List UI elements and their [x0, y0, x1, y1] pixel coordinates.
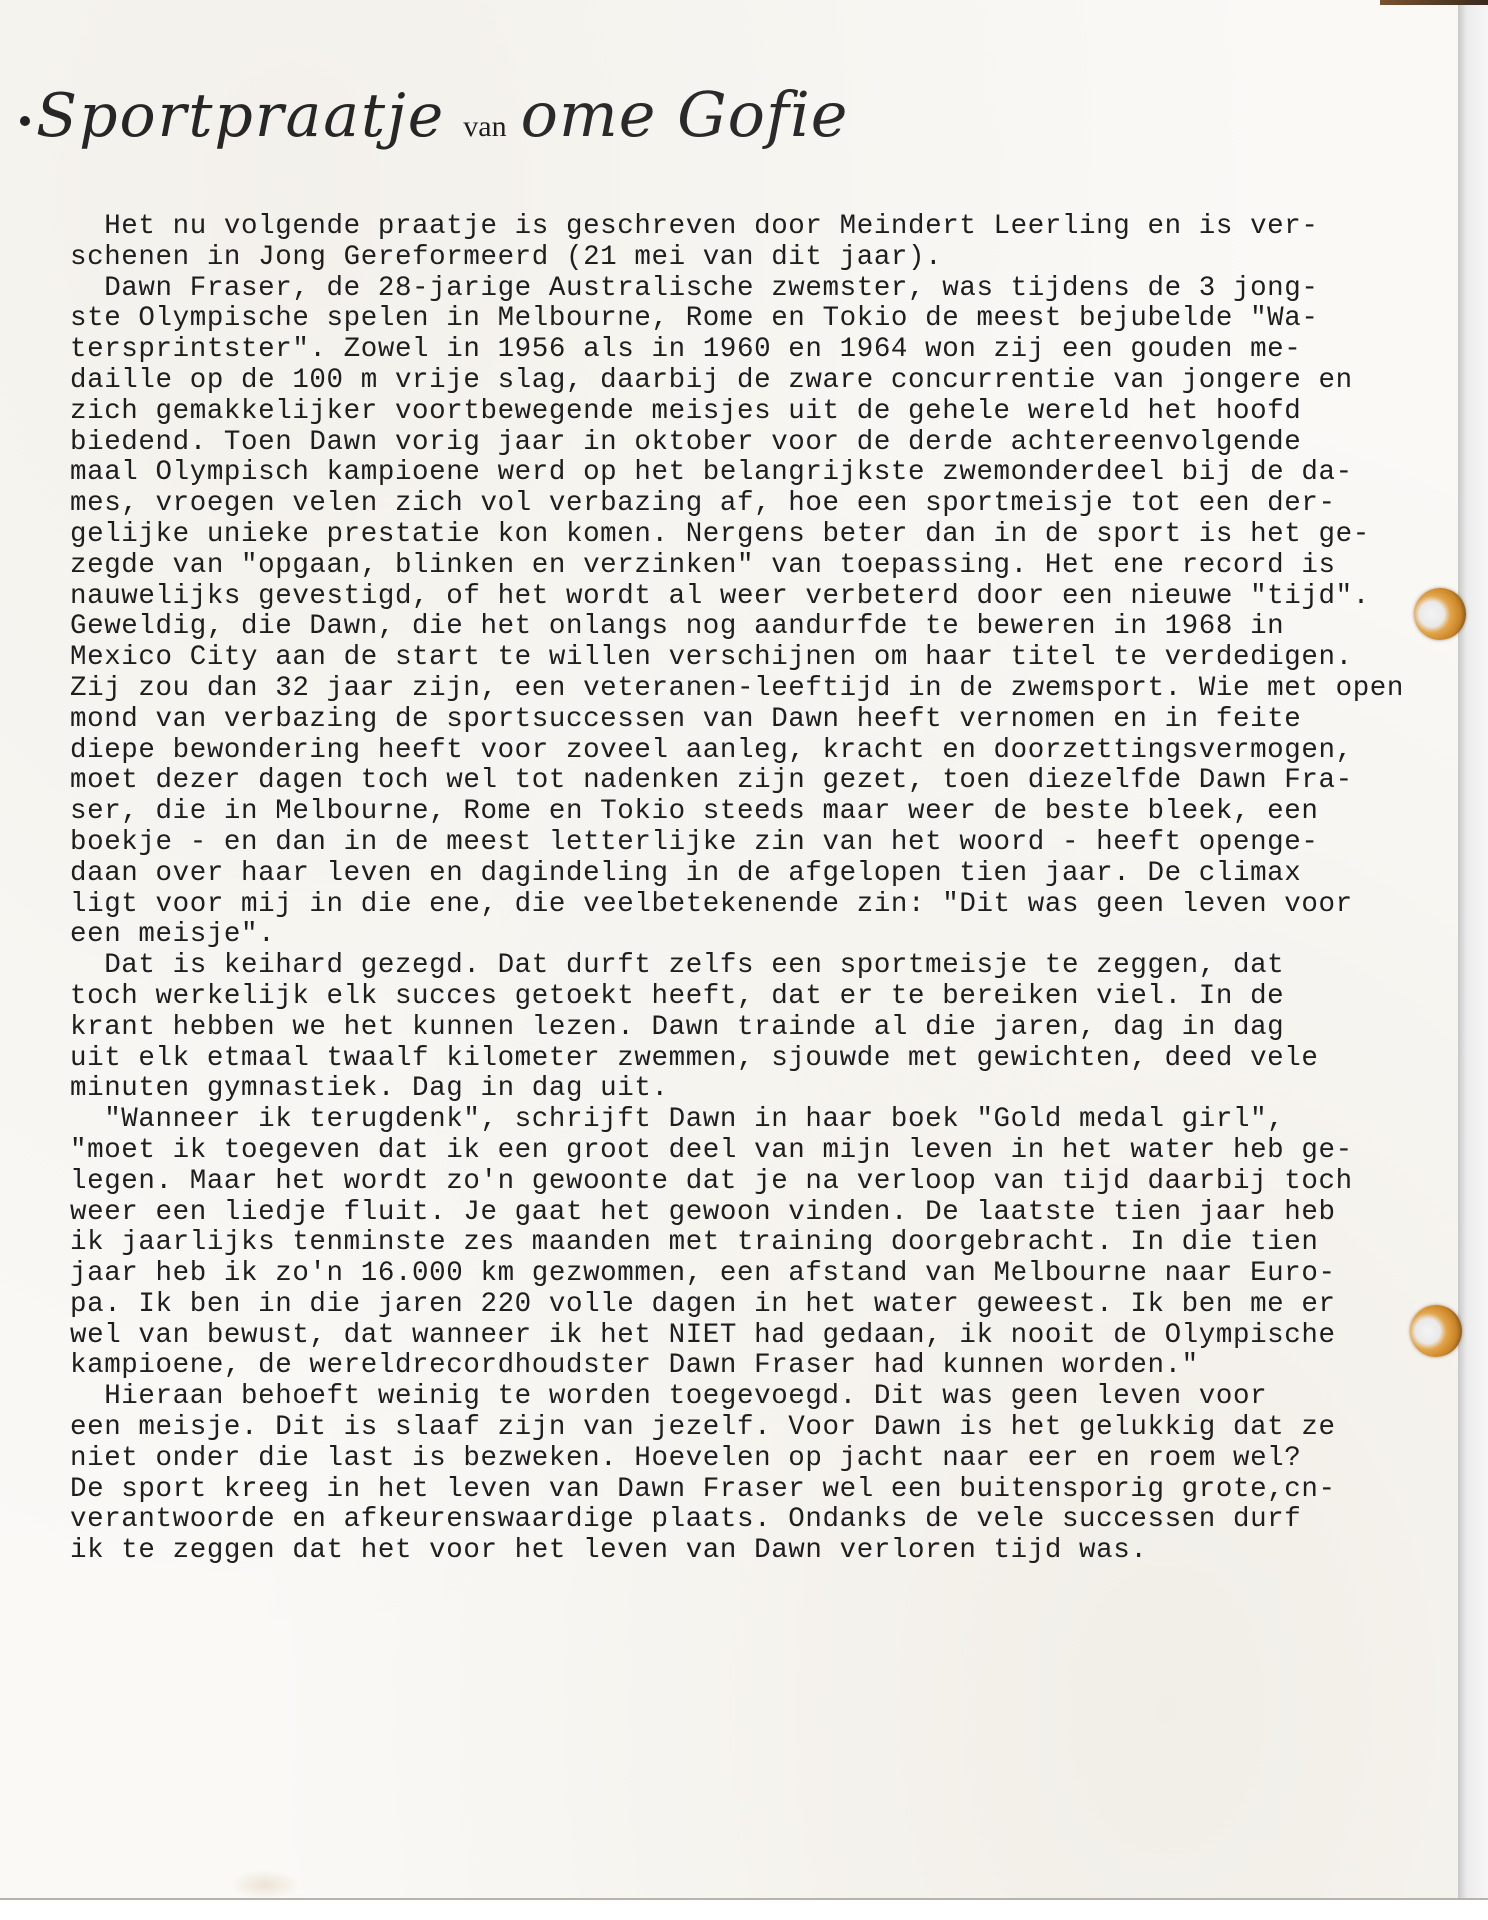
text-line: Zij zou dan 32 jaar zijn, een veteranen-… [70, 674, 1470, 705]
text-line: biedend. Toen Dawn vorig jaar in oktober… [70, 428, 1470, 459]
document-page: Sportpraatjevanome Gofie Het nu volgende… [0, 0, 1458, 1898]
text-line: "moet ik toegeven dat ik een groot deel … [70, 1136, 1470, 1167]
text-line: zich gemakkelijker voortbewegende meisje… [70, 397, 1470, 428]
paper-stain [230, 1870, 300, 1900]
text-line: uit elk etmaal twaalf kilometer zwemmen,… [70, 1044, 1470, 1075]
text-line: tersprintster". Zowel in 1956 als in 196… [70, 335, 1470, 366]
title-connector: van [463, 110, 506, 143]
text-line: toch werkelijk elk succes getoekt heeft,… [70, 982, 1470, 1013]
text-line: ser, die in Melbourne, Rome en Tokio ste… [70, 797, 1470, 828]
text-line: jaar heb ik zo'n 16.000 km gezwommen, ee… [70, 1259, 1470, 1290]
text-line: maal Olympisch kampioene werd op het bel… [70, 458, 1470, 489]
text-line: kampioene, de wereldrecordhoudster Dawn … [70, 1351, 1470, 1382]
text-line: moet dezer dagen toch wel tot nadenken z… [70, 766, 1470, 797]
text-line: ik jaarlijks tenminste zes maanden met t… [70, 1228, 1470, 1259]
binder-edge [1380, 0, 1488, 5]
text-line: ste Olympische spelen in Melbourne, Rome… [70, 304, 1470, 335]
text-line: zegde van "opgaan, blinken en verzinken"… [70, 551, 1470, 582]
text-line: Het nu volgende praatje is geschreven do… [70, 212, 1470, 243]
page-bottom-edge [0, 1898, 1488, 1920]
text-line: Hieraan behoeft weinig te worden toegevo… [70, 1382, 1470, 1413]
text-line: mes, vroegen velen zich vol verbazing af… [70, 489, 1470, 520]
text-line: verantwoorde en afkeurenswaardige plaats… [70, 1505, 1470, 1536]
text-line: mond van verbazing de sportsuccessen van… [70, 705, 1470, 736]
text-line: schenen in Jong Gereformeerd (21 mei van… [70, 243, 1470, 274]
title-author-name: ome Gofie [521, 78, 849, 151]
text-line: ik te zeggen dat het voor het leven van … [70, 1536, 1470, 1567]
typed-body-text: Het nu volgende praatje is geschreven do… [70, 212, 1470, 1567]
text-line: krant hebben we het kunnen lezen. Dawn t… [70, 1013, 1470, 1044]
text-line: niet onder die last is bezweken. Hoevele… [70, 1444, 1470, 1475]
ink-blot-mark [20, 116, 30, 126]
text-line: nauwelijks gevestigd, of het wordt al we… [70, 582, 1470, 613]
text-line: diepe bewondering heeft voor zoveel aanl… [70, 736, 1470, 767]
text-line: boekje - en dan in de meest letterlijke … [70, 828, 1470, 859]
page-edge-shadow [1458, 0, 1488, 1920]
title-main: Sportpraatje [36, 81, 445, 151]
text-line: gelijke unieke prestatie kon komen. Nerg… [70, 520, 1470, 551]
document-title: Sportpraatjevanome Gofie [20, 78, 848, 198]
text-line: een meisje". [70, 920, 1470, 951]
text-line: De sport kreeg in het leven van Dawn Fra… [70, 1475, 1470, 1506]
text-line: ligt voor mij in die ene, die veelbeteke… [70, 890, 1470, 921]
text-line: Dawn Fraser, de 28-jarige Australische z… [70, 274, 1470, 305]
text-line: Mexico City aan de start te willen versc… [70, 643, 1470, 674]
text-line: wel van bewust, dat wanneer ik het NIET … [70, 1321, 1470, 1352]
text-line: Geweldig, die Dawn, die het onlangs nog … [70, 612, 1470, 643]
text-line: Dat is keihard gezegd. Dat durft zelfs e… [70, 951, 1470, 982]
text-line: daan over haar leven en dagindeling in d… [70, 859, 1470, 890]
text-line: weer een liedje fluit. Je gaat het gewoo… [70, 1198, 1470, 1229]
text-line: "Wanneer ik terugdenk", schrijft Dawn in… [70, 1105, 1470, 1136]
text-line: minuten gymnastiek. Dag in dag uit. [70, 1074, 1470, 1105]
text-line: een meisje. Dit is slaaf zijn van jezelf… [70, 1413, 1470, 1444]
text-line: daille op de 100 m vrije slag, daarbij d… [70, 366, 1470, 397]
text-line: legen. Maar het wordt zo'n gewoonte dat … [70, 1167, 1470, 1198]
text-line: pa. Ik ben in die jaren 220 volle dagen … [70, 1290, 1470, 1321]
